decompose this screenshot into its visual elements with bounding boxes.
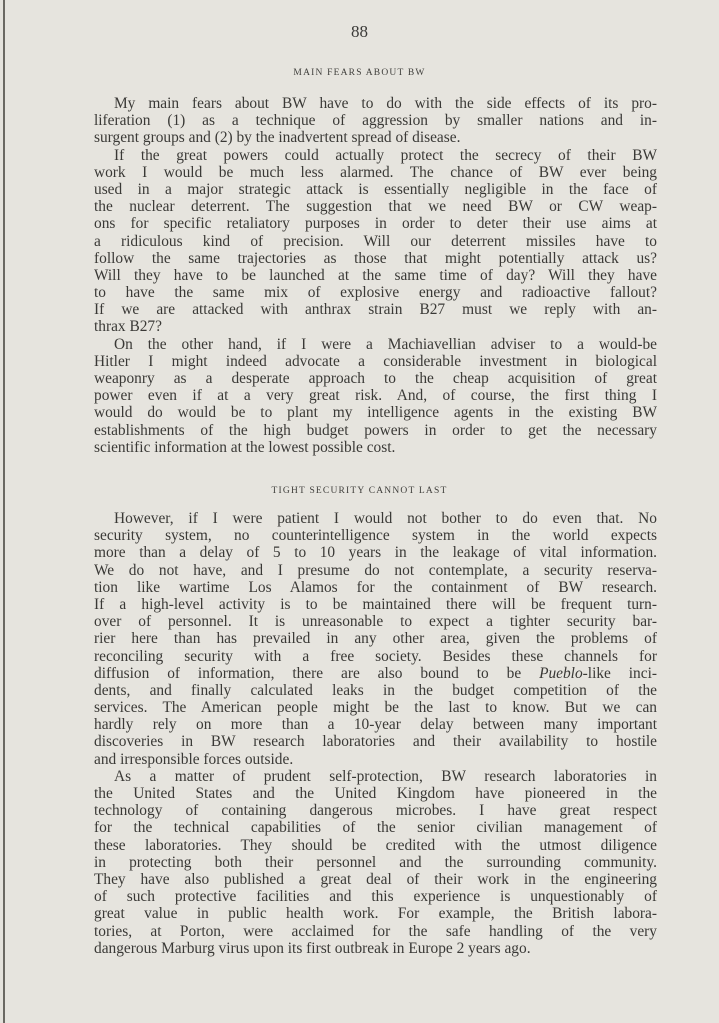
text-line: hardly rely on more than a 10-year delay… bbox=[94, 716, 657, 733]
italic-text: Pueblo bbox=[539, 665, 583, 682]
text-line: to have the same mix of explosive energy… bbox=[94, 284, 657, 301]
text-line: dangerous Marburg virus upon its first o… bbox=[94, 940, 657, 957]
text-line: over of personnel. It is unreasonable to… bbox=[94, 613, 657, 630]
text-line: My main fears about BW have to do with t… bbox=[94, 95, 657, 112]
text-line: in protecting both their personnel and t… bbox=[94, 854, 657, 871]
text-line: more than a delay of 5 to 10 years in th… bbox=[94, 544, 657, 561]
section-heading-tight-security: TIGHT SECURITY CANNOT LAST bbox=[0, 486, 719, 496]
text-line: security system, no counterintelligence … bbox=[94, 527, 657, 544]
text-line: a ridiculous kind of precision. Will our… bbox=[94, 233, 657, 250]
text-line: tories, at Porton, were acclaimed for th… bbox=[94, 923, 657, 940]
text-line: the nuclear deterrent. The suggestion th… bbox=[94, 198, 657, 215]
section-heading-main-fears: MAIN FEARS ABOUT BW bbox=[0, 68, 719, 78]
text-line: If the great powers could actually prote… bbox=[94, 147, 657, 164]
paragraph: On the other hand, if I were a Machiavel… bbox=[94, 336, 657, 456]
text-line: work I would be much less alarmed. The c… bbox=[94, 164, 657, 181]
text-line: follow the same trajectories as those th… bbox=[94, 250, 657, 267]
text-line: and irresponsible forces outside. bbox=[94, 751, 657, 768]
section-body-main-fears: My main fears about BW have to do with t… bbox=[94, 95, 657, 456]
text-line: reconciling security with a free society… bbox=[94, 648, 657, 665]
text-line: rier here than has prevailed in any othe… bbox=[94, 630, 657, 647]
text-line: thrax B27? bbox=[94, 318, 657, 335]
section-body-tight-security: However, if I were patient I would not b… bbox=[94, 510, 657, 957]
text-line: If we are attacked with anthrax strain B… bbox=[94, 301, 657, 318]
text-line: great value in public health work. For e… bbox=[94, 905, 657, 922]
text-line: Will they have to be launched at the sam… bbox=[94, 267, 657, 284]
text-line: used in a major strategic attack is esse… bbox=[94, 181, 657, 198]
text-line: scientific information at the lowest pos… bbox=[94, 439, 657, 456]
paragraph: However, if I were patient I would not b… bbox=[94, 510, 657, 768]
paragraph: If the great powers could actually prote… bbox=[94, 147, 657, 336]
text-line: the United States and the United Kingdom… bbox=[94, 785, 657, 802]
text-line: They have also published a great deal of… bbox=[94, 871, 657, 888]
text-line: liferation (1) as a technique of aggress… bbox=[94, 112, 657, 129]
text-line: discoveries in BW research laboratories … bbox=[94, 733, 657, 750]
text-line: weaponry as a desperate approach to the … bbox=[94, 370, 657, 387]
text-line: diffusion of information, there are also… bbox=[94, 665, 657, 682]
text-line: dents, and finally calculated leaks in t… bbox=[94, 682, 657, 699]
text-line: If a high-level activity is to be mainta… bbox=[94, 596, 657, 613]
paragraph: My main fears about BW have to do with t… bbox=[94, 95, 657, 147]
text-line: establishments of the high budget powers… bbox=[94, 422, 657, 439]
text-line: would do would be to plant my intelligen… bbox=[94, 404, 657, 421]
text-line: power even if at a very great risk. And,… bbox=[94, 387, 657, 404]
text-line: technology of containing dangerous micro… bbox=[94, 802, 657, 819]
text-line: for the technical capabilities of the se… bbox=[94, 819, 657, 836]
text-line: On the other hand, if I were a Machiavel… bbox=[94, 336, 657, 353]
text-line: ons for specific retaliatory purposes in… bbox=[94, 215, 657, 232]
text-line: As a matter of prudent self-protection, … bbox=[94, 768, 657, 785]
text-line: Hitler I might indeed advocate a conside… bbox=[94, 353, 657, 370]
text-line: these laboratories. They should be credi… bbox=[94, 837, 657, 854]
text-line: However, if I were patient I would not b… bbox=[94, 510, 657, 527]
page-number: 88 bbox=[0, 22, 719, 42]
text-line: of such protective facilities and this e… bbox=[94, 888, 657, 905]
paragraph: As a matter of prudent self-protection, … bbox=[94, 768, 657, 957]
text-line: services. The American people might be t… bbox=[94, 699, 657, 716]
text-line: tion like wartime Los Alamos for the con… bbox=[94, 579, 657, 596]
text-line: We do not have, and I presume do not con… bbox=[94, 562, 657, 579]
text-line: surgent groups and (2) by the inadverten… bbox=[94, 129, 657, 146]
